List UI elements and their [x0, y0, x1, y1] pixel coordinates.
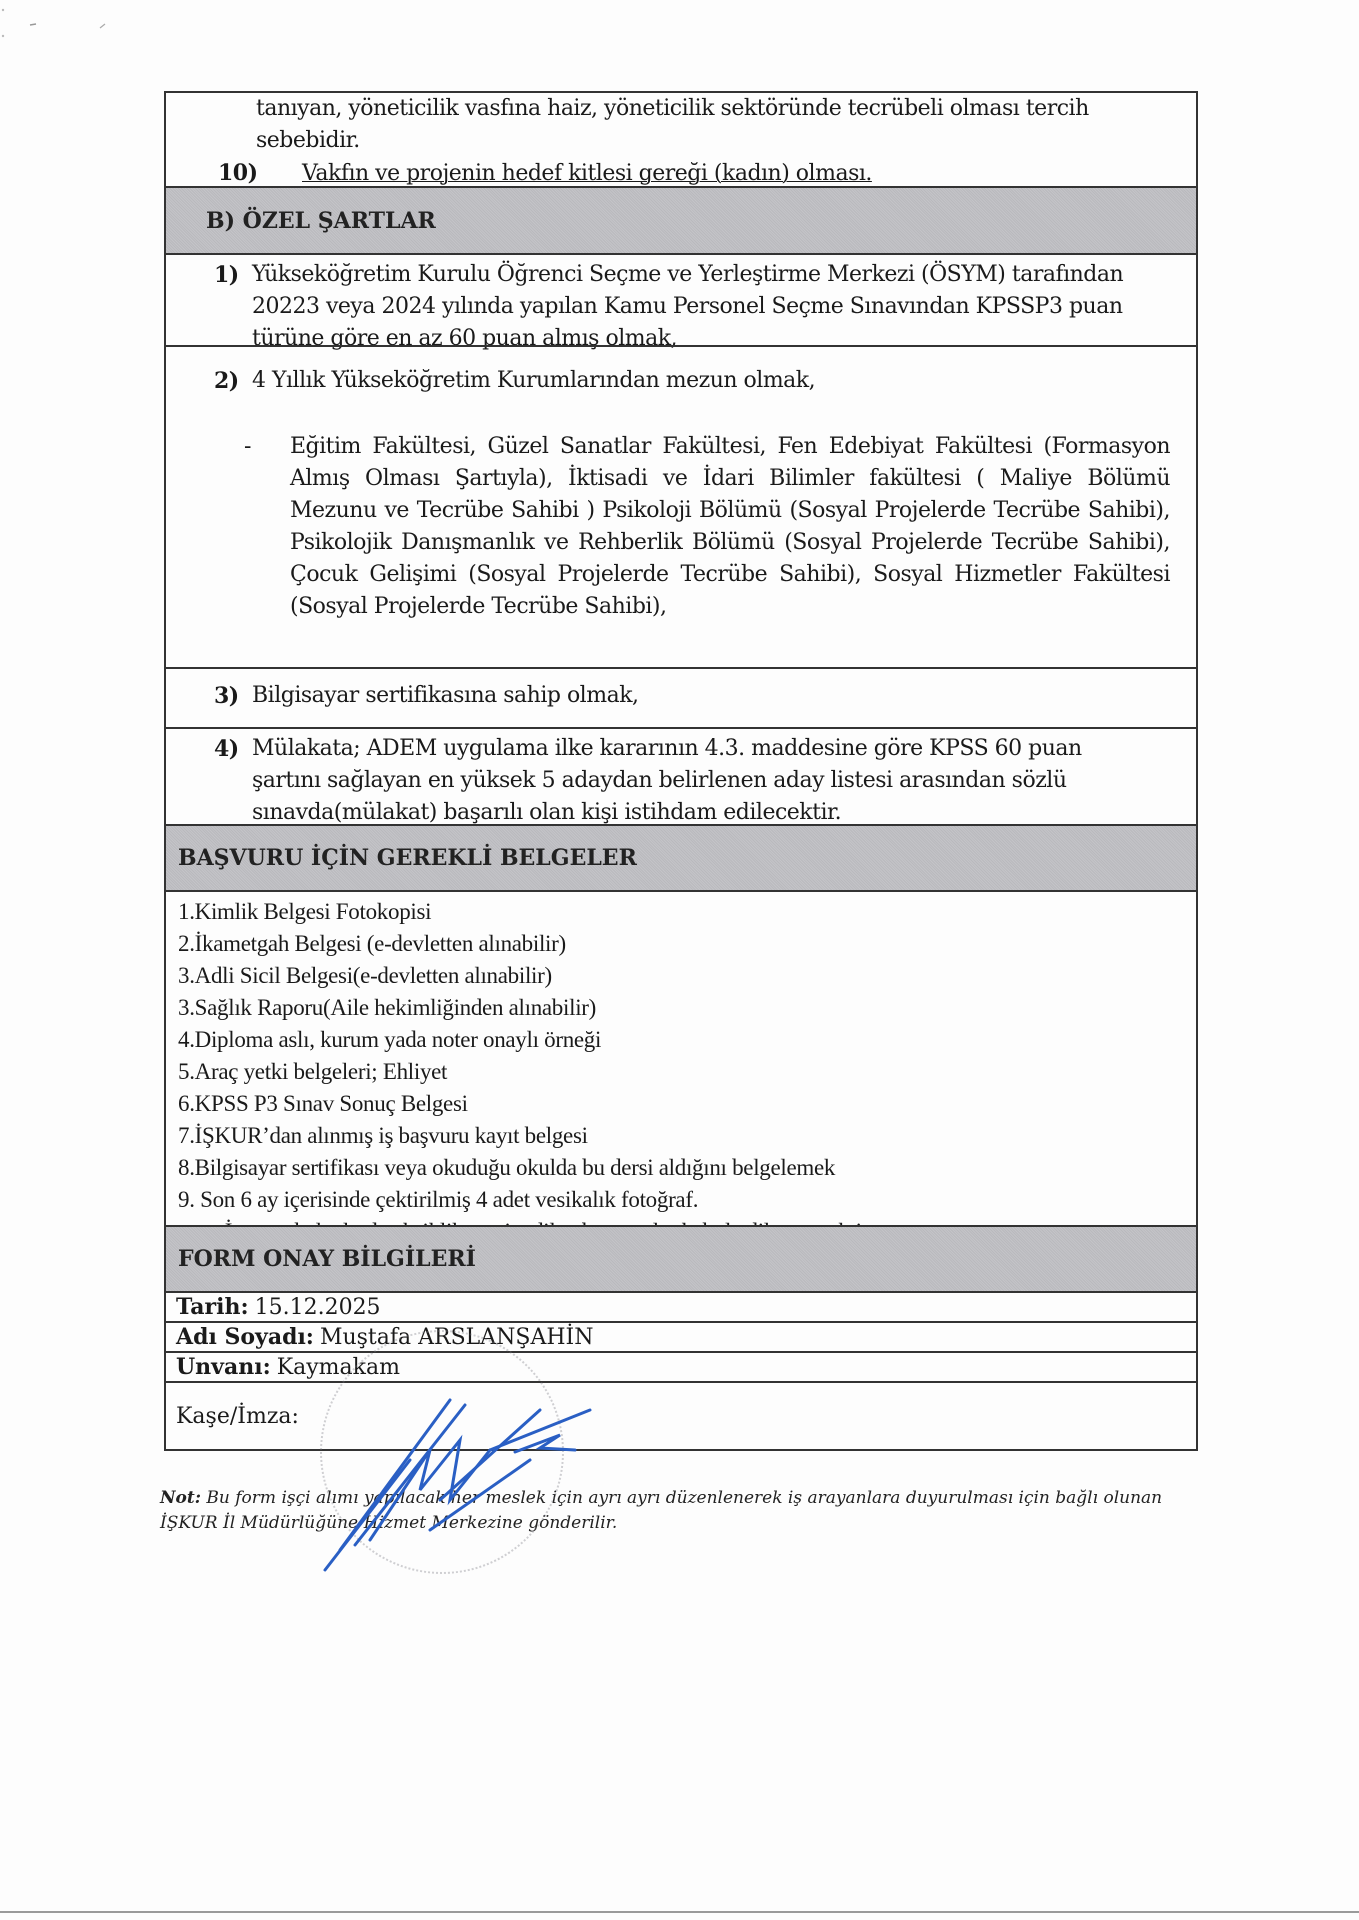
adsoyad-value: Muştafa ARSLANŞAHİN	[320, 1325, 594, 1350]
section-title-ozel-sartlar: B) ÖZEL ŞARTLAR	[206, 208, 436, 234]
page-bottom-edge	[0, 1911, 1359, 1913]
unvan-value: Kaymakam	[277, 1355, 400, 1380]
ozel-sart-3: 3) Bilgisayar sertifikasına sahip olmak,	[166, 667, 1196, 727]
item-10-number: 10)	[218, 157, 302, 189]
ozel-sart-4-number: 4)	[214, 733, 252, 824]
kase-imza-row: Kaşe/İmza:	[166, 1381, 1196, 1449]
kase-imza-label: Kaşe/İmza:	[176, 1404, 299, 1429]
ozel-sart-4-text: Mülakata; ADEM uygulama ilke kararının 4…	[252, 733, 1186, 824]
unvan-row: Unvanı: Kaymakam	[166, 1351, 1196, 1381]
footer-note: Not: Bu form işçi alımı yapılacak her me…	[160, 1486, 1210, 1536]
section-header-ozel-sartlar: B) ÖZEL ŞARTLAR	[166, 186, 1196, 253]
document-item: 3.Adli Sicil Belgesi(e-devletten alınabi…	[178, 960, 1196, 992]
faculty-list-text: Eğitim Fakültesi, Güzel Sanatlar Fakülte…	[290, 431, 1170, 623]
document-item: 7.İŞKUR’dan alınmış iş başvuru kayıt bel…	[178, 1120, 1196, 1152]
document-item: 9. Son 6 ay içerisinde çektirilmiş 4 ade…	[178, 1184, 1196, 1216]
dash-bullet-icon: -	[244, 431, 290, 623]
ozel-sart-1: 1) Yükseköğretim Kurulu Öğrenci Seçme ve…	[166, 253, 1196, 345]
document-item: 8.Bilgisayar sertifikası veya okuduğu ok…	[178, 1152, 1196, 1184]
adsoyad-row: Adı Soyadı: Muştafa ARSLANŞAHİN	[166, 1321, 1196, 1351]
item-10-text: Vakfın ve projenin hedef kitlesi gereği …	[302, 161, 872, 186]
ozel-sart-3-number: 3)	[214, 680, 252, 727]
document-item: 5.Araç yetki belgeleri; Ehliyet	[178, 1056, 1196, 1088]
document-item: 3.Sağlık Raporu(Aile hekimliğinden alına…	[178, 992, 1196, 1024]
ozel-sart-2-number: 2)	[214, 365, 252, 397]
tarih-label: Tarih:	[176, 1294, 249, 1320]
ozel-sart-1-number: 1)	[214, 259, 252, 355]
section-title-belgeler: BAŞVURU İÇİN GEREKLİ BELGELER	[178, 845, 637, 871]
intro-continued-text: tanıyan, yöneticilik vasfına haiz, yönet…	[256, 93, 1196, 157]
ozel-sart-3-text: Bilgisayar sertifikasına sahip olmak,	[252, 680, 639, 727]
required-documents-list: 1.Kimlik Belgesi Fotokopisi 2.İkametgah …	[166, 890, 1196, 1225]
section-header-belgeler: BAŞVURU İÇİN GEREKLİ BELGELER	[166, 824, 1196, 890]
note-text: Bu form işçi alımı yapılacak her meslek …	[160, 1488, 1162, 1533]
adsoyad-label: Adı Soyadı:	[176, 1324, 314, 1350]
unvan-label: Unvanı:	[176, 1354, 271, 1380]
ozel-sart-1-text: Yükseköğretim Kurulu Öğrenci Seçme ve Ye…	[252, 259, 1186, 355]
ozel-sart-4: 4) Mülakata; ADEM uygulama ilke kararını…	[166, 727, 1196, 824]
document-item: 1.Kimlik Belgesi Fotokopisi	[178, 896, 1196, 928]
section-header-form-onay: FORM ONAY BİLGİLERİ	[166, 1225, 1196, 1291]
scan-specks	[0, 0, 120, 60]
ozel-sart-2: 2) 4 Yıllık Yükseköğretim Kurumlarından …	[166, 345, 1196, 667]
form-table: tanıyan, yöneticilik vasfına haiz, yönet…	[164, 91, 1198, 1451]
tarih-value: 15.12.2025	[255, 1295, 381, 1320]
document-item: 6.KPSS P3 Sınav Sonuç Belgesi	[178, 1088, 1196, 1120]
document-item: 4.Diploma aslı, kurum yada noter onaylı …	[178, 1024, 1196, 1056]
intro-cell: tanıyan, yöneticilik vasfına haiz, yönet…	[166, 93, 1196, 186]
faculty-list: - Eğitim Fakültesi, Güzel Sanatlar Fakül…	[214, 431, 1186, 623]
tarih-row: Tarih: 15.12.2025	[166, 1291, 1196, 1321]
document-item: 2.İkametgah Belgesi (e-devletten alınabi…	[178, 928, 1196, 960]
ozel-sart-2-text: 4 Yıllık Yükseköğretim Kurumlarından mez…	[252, 365, 815, 397]
section-title-form-onay: FORM ONAY BİLGİLERİ	[178, 1246, 476, 1272]
note-label: Not:	[160, 1488, 201, 1508]
